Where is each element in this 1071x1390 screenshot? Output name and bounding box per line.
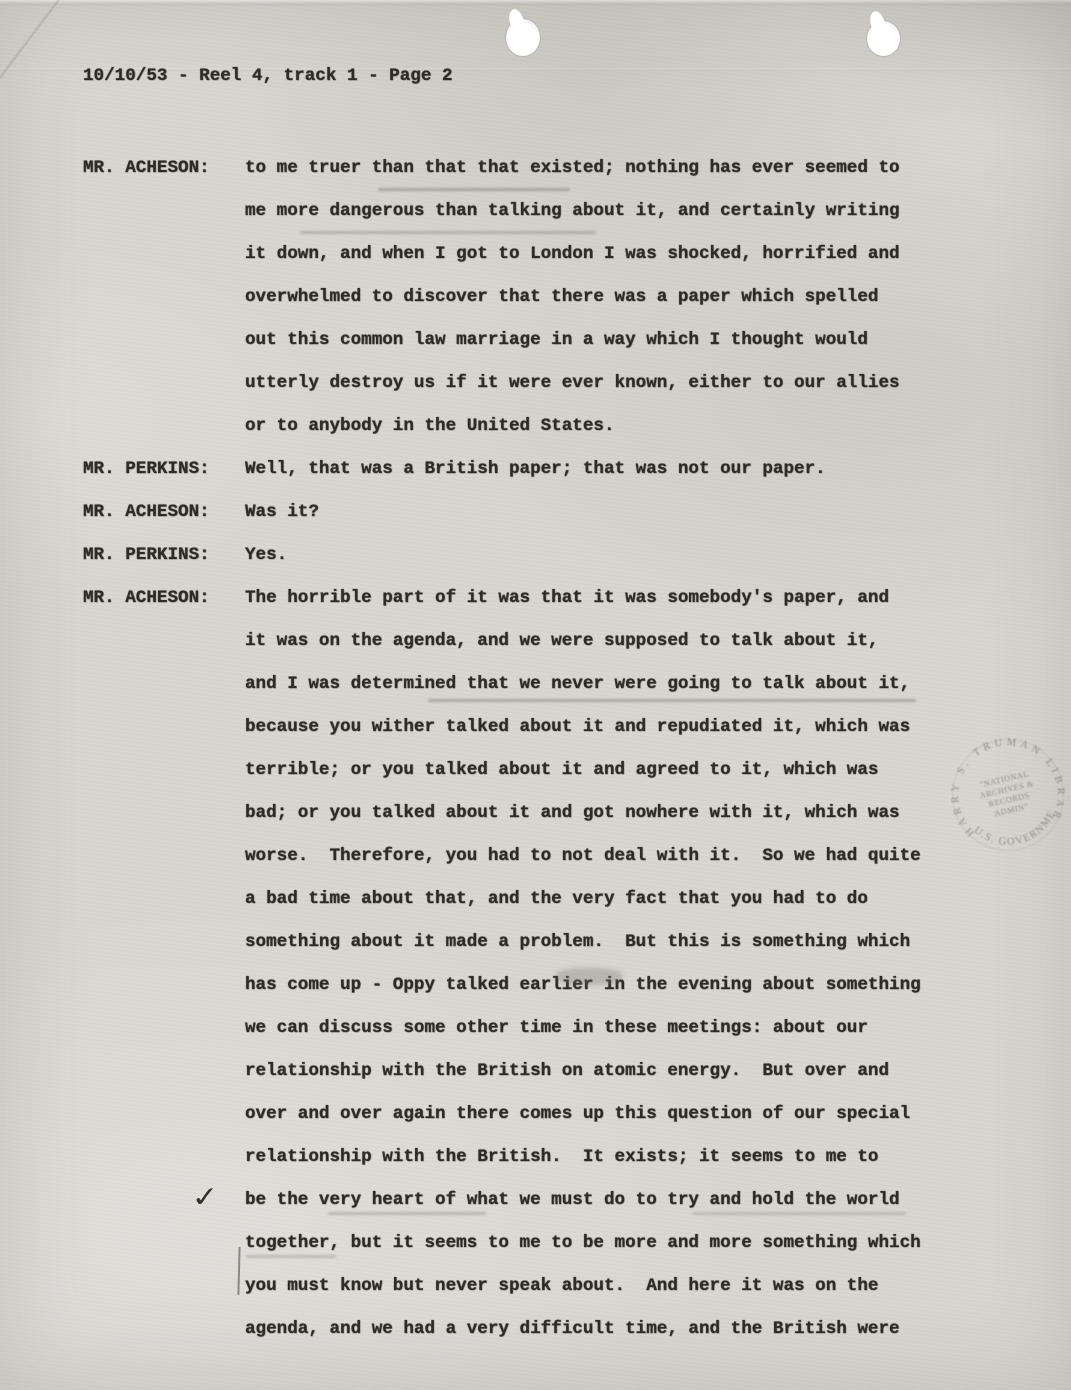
- speaker-label: MR. PERKINS:: [83, 534, 245, 577]
- speaker-label: MR. ACHESON:: [83, 491, 245, 534]
- transcript-line: you must know but never speak about. And…: [245, 1265, 921, 1308]
- paper-shading: [791, 0, 1071, 140]
- transcript-row: bad; or you talked about it and got nowh…: [83, 792, 921, 835]
- transcript-row: utterly destroy us if it were ever known…: [83, 362, 921, 405]
- pencil-underline: [692, 1212, 906, 1215]
- speaker-label: [83, 276, 245, 319]
- pencil-underline: [378, 188, 570, 191]
- transcript-row: it was on the agenda, and we were suppos…: [83, 620, 921, 663]
- transcript-row: overwhelmed to discover that there was a…: [83, 276, 921, 319]
- speaker-label: [83, 835, 245, 878]
- speaker-label: [83, 964, 245, 1007]
- speaker-label: MR. ACHESON:: [83, 147, 245, 190]
- transcript-line: worse. Therefore, you had to not deal wi…: [245, 835, 921, 878]
- transcript-line: be the very heart of what we must do to …: [245, 1179, 921, 1222]
- transcript-row: something about it made a problem. But t…: [83, 921, 921, 964]
- ink-smudge: [556, 968, 622, 985]
- transcript-row: MR. ACHESON:to me truer than that that e…: [83, 147, 921, 190]
- punch-hole-right: [867, 21, 900, 56]
- transcript-row: a bad time about that, and the very fact…: [83, 878, 921, 921]
- pencil-underline: [328, 1212, 486, 1215]
- transcript-line: The horrible part of it was that it was …: [245, 577, 921, 620]
- transcript-line: terrible; or you talked about it and agr…: [245, 749, 921, 792]
- transcript-row: over and over again there comes up this …: [83, 1093, 921, 1136]
- speaker-label: MR. ACHESON:: [83, 577, 245, 620]
- transcript: MR. ACHESON:to me truer than that that e…: [83, 147, 921, 1351]
- transcript-row: you must know but never speak about. And…: [83, 1265, 921, 1308]
- speaker-label: [83, 1265, 245, 1308]
- transcript-line: Well, that was a British paper; that was…: [245, 448, 921, 491]
- archive-stamp: HARRY S. TRUMAN LIBRARY U.S. GOVERNMENT …: [928, 715, 1071, 876]
- speaker-label: [83, 663, 245, 706]
- page-header: 10/10/53 - Reel 4, track 1 - Page 2: [83, 66, 453, 86]
- transcript-row: has come up - Oppy talked earlier in the…: [83, 964, 921, 1007]
- transcript-line: Yes.: [245, 534, 921, 577]
- transcript-line: out this common law marriage in a way wh…: [245, 319, 921, 362]
- pencil-underline: [300, 231, 596, 234]
- margin-checkmark: ✓: [190, 1181, 221, 1215]
- speaker-label: [83, 1093, 245, 1136]
- transcript-line: bad; or you talked about it and got nowh…: [245, 792, 921, 835]
- transcript-row: MR. PERKINS:Yes.: [83, 534, 921, 577]
- pencil-underline: [246, 1255, 336, 1258]
- transcript-line: a bad time about that, and the very fact…: [245, 878, 921, 921]
- transcript-line: or to anybody in the United States.: [245, 405, 921, 448]
- speaker-label: MR. PERKINS:: [83, 448, 245, 491]
- transcript-row: MR. ACHESON:Was it?: [83, 491, 921, 534]
- speaker-label: [83, 1222, 245, 1265]
- speaker-label: [83, 620, 245, 663]
- speaker-label: [83, 405, 245, 448]
- transcript-row: out this common law marriage in a way wh…: [83, 319, 921, 362]
- transcript-line: something about it made a problem. But t…: [245, 921, 921, 964]
- transcript-row: because you wither talked about it and r…: [83, 706, 921, 749]
- transcript-row: MR. ACHESON:The horrible part of it was …: [83, 577, 921, 620]
- transcript-row: worse. Therefore, you had to not deal wi…: [83, 835, 921, 878]
- speaker-label: [83, 706, 245, 749]
- speaker-label: [83, 749, 245, 792]
- transcript-line: we can discuss some other time in these …: [245, 1007, 921, 1050]
- speaker-label: [83, 878, 245, 921]
- speaker-label: [83, 1179, 245, 1222]
- transcript-line: because you wither talked about it and r…: [245, 706, 921, 749]
- document-page: 10/10/53 - Reel 4, track 1 - Page 2 MR. …: [0, 0, 1071, 1390]
- transcript-line: relationship with the British on atomic …: [245, 1050, 921, 1093]
- transcript-row: relationship with the British on atomic …: [83, 1050, 921, 1093]
- transcript-row: MR. PERKINS:Well, that was a British pap…: [83, 448, 921, 491]
- corner-fold-crease: [0, 0, 59, 85]
- speaker-label: [83, 1007, 245, 1050]
- transcript-line: it down, and when I got to London I was …: [245, 233, 921, 276]
- transcript-row: relationship with the British. It exists…: [83, 1136, 921, 1179]
- transcript-row: together, but it seems to me to be more …: [83, 1222, 921, 1265]
- speaker-label: [83, 1136, 245, 1179]
- transcript-row: we can discuss some other time in these …: [83, 1007, 921, 1050]
- speaker-label: [83, 1050, 245, 1093]
- transcript-line: together, but it seems to me to be more …: [245, 1222, 921, 1265]
- transcript-line: overwhelmed to discover that there was a…: [245, 276, 921, 319]
- transcript-line: to me truer than that that existed; noth…: [245, 147, 921, 190]
- transcript-line: Was it?: [245, 491, 921, 534]
- speaker-label: [83, 233, 245, 276]
- speaker-label: [83, 792, 245, 835]
- transcript-line: it was on the agenda, and we were suppos…: [245, 620, 921, 663]
- speaker-label: [83, 921, 245, 964]
- speaker-label: [83, 1308, 245, 1351]
- transcript-row: or to anybody in the United States.: [83, 405, 921, 448]
- transcript-line: over and over again there comes up this …: [245, 1093, 921, 1136]
- punch-hole-left: [506, 19, 540, 56]
- pencil-underline: [428, 699, 916, 702]
- transcript-line: agenda, and we had a very difficult time…: [245, 1308, 921, 1351]
- transcript-row: terrible; or you talked about it and agr…: [83, 749, 921, 792]
- transcript-line: utterly destroy us if it were ever known…: [245, 362, 921, 405]
- transcript-line: me more dangerous than talking about it,…: [245, 190, 921, 233]
- transcript-row: agenda, and we had a very difficult time…: [83, 1308, 921, 1351]
- transcript-line: relationship with the British. It exists…: [245, 1136, 921, 1179]
- speaker-label: [83, 319, 245, 362]
- speaker-label: [83, 362, 245, 405]
- transcript-row: it down, and when I got to London I was …: [83, 233, 921, 276]
- transcript-row: me more dangerous than talking about it,…: [83, 190, 921, 233]
- speaker-label: [83, 190, 245, 233]
